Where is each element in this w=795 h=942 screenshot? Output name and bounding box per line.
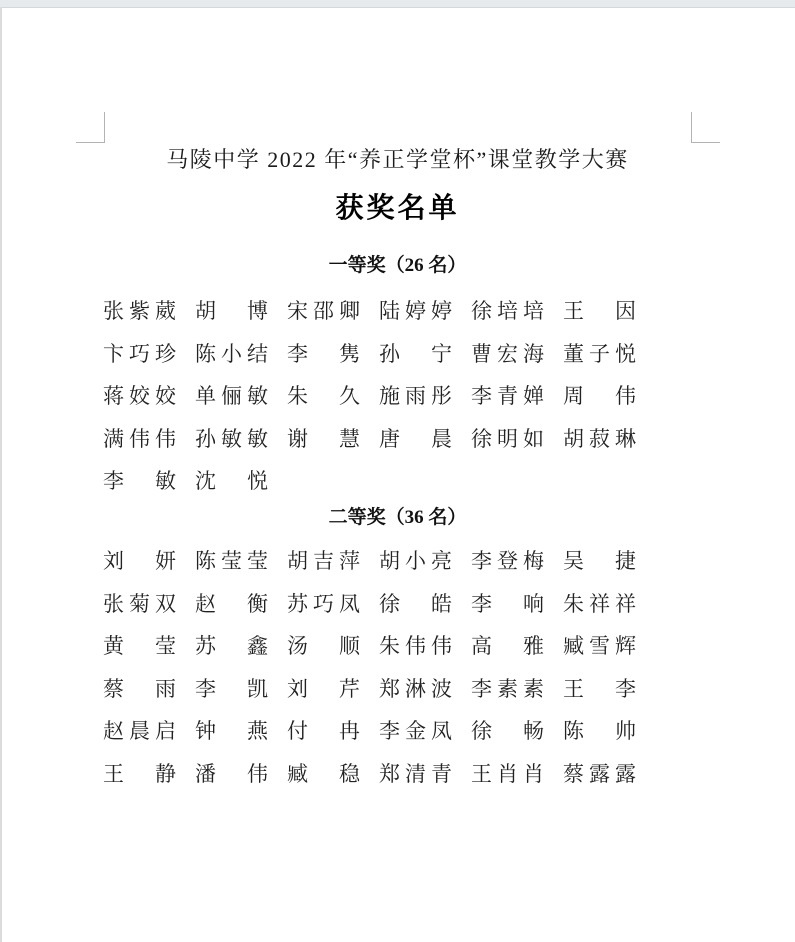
document-page: 马陵中学 2022 年“养正学堂杯”课堂教学大赛 获奖名单 一等奖（26 名） …	[0, 0, 795, 942]
text-boundary-mark-top-left	[76, 112, 105, 143]
awardee-name: 徐明如	[471, 423, 563, 453]
awardee-name: 王 静	[103, 758, 195, 788]
awardee-name: 宋邵卿	[287, 295, 379, 325]
awardee-name: 周 伟	[563, 380, 655, 410]
awardee-name: 朱伟伟	[379, 630, 471, 660]
awardee-name: 蔡 雨	[103, 673, 195, 703]
awardee-name: 刘 妍	[103, 545, 195, 575]
awardee-name: 李青婵	[471, 380, 563, 410]
awardee-name: 曹宏海	[471, 338, 563, 368]
awardee-name: 赵晨启	[103, 715, 195, 745]
awardee-name: 李 凯	[195, 673, 287, 703]
awardee-name: 钟 燕	[195, 715, 287, 745]
awardee-name: 郑淋波	[379, 673, 471, 703]
awardee-name: 施雨彤	[379, 380, 471, 410]
awardee-name: 沈 悦	[195, 465, 287, 495]
awardee-name: 李金凤	[379, 715, 471, 745]
awardee-name: 陆婷婷	[379, 295, 471, 325]
awardee-name: 满伟伟	[103, 423, 195, 453]
awardee-name: 孙敏敏	[195, 423, 287, 453]
section-heading-first-prize: 一等奖（26 名）	[0, 250, 795, 277]
awardee-name: 臧 稳	[287, 758, 379, 788]
awardee-name: 王 李	[563, 673, 655, 703]
awardee-name: 王 因	[563, 295, 655, 325]
awardee-name: 李 敏	[103, 465, 195, 495]
awardee-name: 朱 久	[287, 380, 379, 410]
text-boundary-mark-top-right	[691, 112, 720, 143]
awardee-name: 张菊双	[103, 588, 195, 618]
awardee-name: 胡吉萍	[287, 545, 379, 575]
awardee-name: 朱祥祥	[563, 588, 655, 618]
awardee-name: 郑清青	[379, 758, 471, 788]
awardee-name: 苏 鑫	[195, 630, 287, 660]
awardee-name: 蔡露露	[563, 758, 655, 788]
awardee-name: 陈莹莹	[195, 545, 287, 575]
awardee-name: 付 冉	[287, 715, 379, 745]
second-prize-name-list: 刘 妍 陈莹莹 胡吉萍 胡小亮 李登梅 吴 捷 张菊双 赵 衡 苏巧凤 徐 皓 …	[103, 539, 655, 794]
awardee-name: 陈小结	[195, 338, 287, 368]
awardee-name: 徐 畅	[471, 715, 563, 745]
awardee-name: 胡 博	[195, 295, 287, 325]
awardee-name: 李 隽	[287, 338, 379, 368]
window-top-edge	[0, 0, 795, 8]
document-title: 马陵中学 2022 年“养正学堂杯”课堂教学大赛	[0, 143, 795, 174]
awardee-name: 张紫葳	[103, 295, 195, 325]
awardee-name: 卞巧珍	[103, 338, 195, 368]
awardee-name: 李素素	[471, 673, 563, 703]
awardee-name: 董子悦	[563, 338, 655, 368]
first-prize-name-list: 张紫葳 胡 博 宋邵卿 陆婷婷 徐培培 王 因 卞巧珍 陈小结 李 隽 孙 宁 …	[103, 289, 655, 502]
awardee-name: 胡小亮	[379, 545, 471, 575]
awardee-name: 李登梅	[471, 545, 563, 575]
awardee-name: 唐 晨	[379, 423, 471, 453]
awardee-name: 陈 帅	[563, 715, 655, 745]
awardee-name: 赵 衡	[195, 588, 287, 618]
awardee-name: 吴 捷	[563, 545, 655, 575]
awardee-name: 王肖肖	[471, 758, 563, 788]
document-subtitle: 获奖名单	[0, 186, 795, 226]
awardee-name: 胡菽琳	[563, 423, 655, 453]
awardee-name: 臧雪辉	[563, 630, 655, 660]
awardee-name: 单俪敏	[195, 380, 287, 410]
awardee-name: 蒋姣姣	[103, 380, 195, 410]
awardee-name: 谢 慧	[287, 423, 379, 453]
awardee-name: 苏巧凤	[287, 588, 379, 618]
awardee-name: 黄 莹	[103, 630, 195, 660]
awardee-name: 孙 宁	[379, 338, 471, 368]
awardee-name: 李 响	[471, 588, 563, 618]
awardee-name: 徐 皓	[379, 588, 471, 618]
awardee-name: 高 雅	[471, 630, 563, 660]
awardee-name: 徐培培	[471, 295, 563, 325]
awardee-name: 刘 芹	[287, 673, 379, 703]
awardee-name: 汤 顺	[287, 630, 379, 660]
section-heading-second-prize: 二等奖（36 名）	[0, 502, 795, 529]
awardee-name: 潘 伟	[195, 758, 287, 788]
